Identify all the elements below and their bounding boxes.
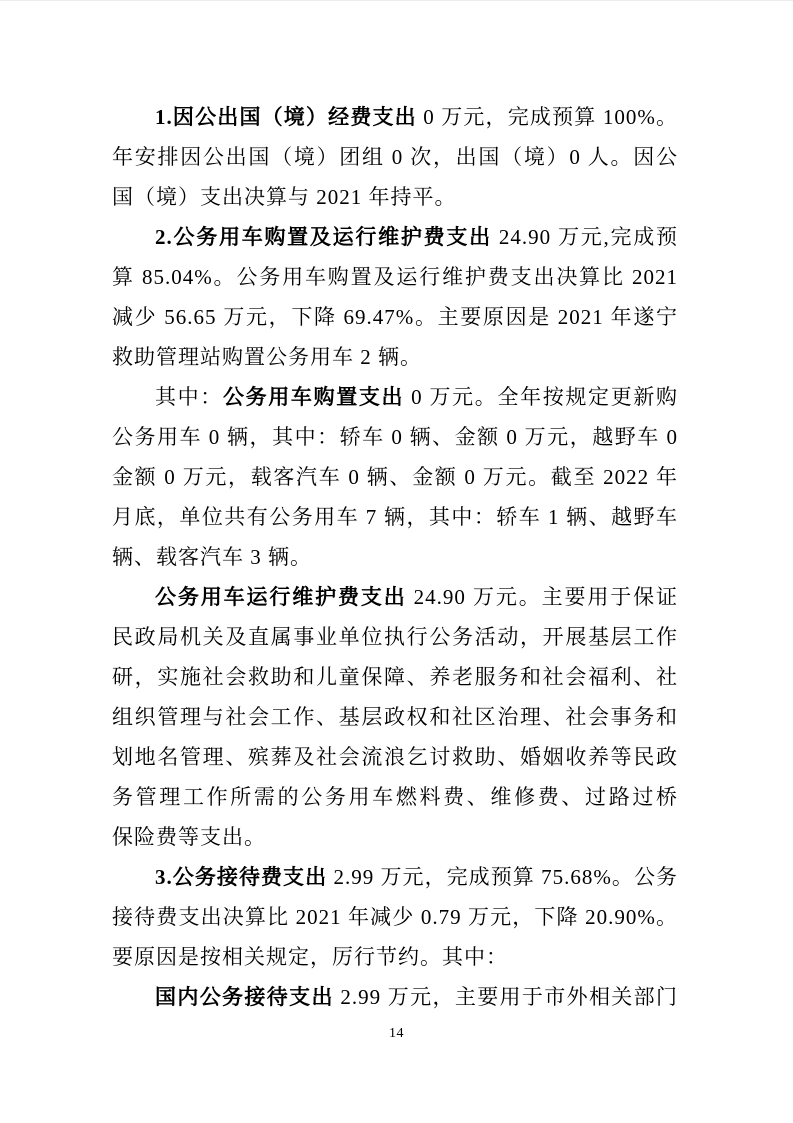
bold-text-segment: 公务用车运行维护费支出 bbox=[155, 585, 407, 609]
paragraph-3-line-4: 月底，单位共有公务用车 7 辆，其中：轿车 1 辆、越野车 3 bbox=[112, 497, 678, 537]
text-segment: 算 85.04%。公务用车购置及运行维护费支出决算比 2021 年 bbox=[112, 265, 678, 297]
bold-text-segment: 公务用车购置支出 bbox=[223, 385, 404, 409]
paragraph-3-line-2: 公务用车 0 辆，其中：轿车 0 辆、金额 0 万元，越野车 0 辆、 bbox=[112, 417, 678, 457]
paragraph-2-line-4: 救助管理站购置公务用车 2 辆。 bbox=[112, 337, 678, 377]
paragraph-4-line-5: 划地名管理、殡葬及社会流浪乞讨救助、婚姻收养等民政事 bbox=[112, 737, 678, 777]
bold-text-segment: 3.公务接待费支出 bbox=[155, 865, 327, 889]
paragraph-4-line-6: 务管理工作所需的公务用车燃料费、维修费、过路过桥费、 bbox=[112, 777, 678, 817]
text-segment: 其中： bbox=[155, 385, 223, 409]
text-segment: 组织管理与社会工作、基层政权和社区治理、社会事务和区 bbox=[112, 705, 678, 737]
paragraph-4-line-1: 公务用车运行维护费支出 24.90 万元。主要用于保证市 bbox=[112, 577, 678, 617]
text-segment: 减少 56.65 万元，下降 69.47%。主要原因是 2021 年遂宁市 bbox=[112, 305, 678, 337]
text-segment: 民政局机关及直属事业单位执行公务活动，开展基层工作调 bbox=[112, 625, 678, 657]
paragraph-6-line-1: 国内公务接待支出 2.99 万元，主要用于市外相关部门 bbox=[112, 977, 678, 1017]
paragraph-2-line-1: 2.公务用车购置及运行维护费支出 24.90 万元,完成预 bbox=[112, 217, 678, 257]
paragraph-1-line-3: 国（境）支出决算与 2021 年持平。 bbox=[112, 177, 678, 217]
text-segment: 保险费等支出。 bbox=[112, 825, 266, 849]
page-number: 14 bbox=[389, 1026, 404, 1041]
paragraph-4-line-7: 保险费等支出。 bbox=[112, 817, 678, 857]
paragraph-2-line-3: 减少 56.65 万元，下降 69.47%。主要原因是 2021 年遂宁市 bbox=[112, 297, 678, 337]
bold-text-segment: 国内公务接待支出 bbox=[155, 985, 334, 1009]
paragraph-4-line-4: 组织管理与社会工作、基层政权和社区治理、社会事务和区 bbox=[112, 697, 678, 737]
text-segment: 月底，单位共有公务用车 7 辆，其中：轿车 1 辆、越野车 3 bbox=[112, 505, 678, 537]
paragraph-3-line-1: 其中：公务用车购置支出 0 万元。全年按规定更新购置 bbox=[112, 377, 678, 417]
paragraph-3-line-3: 金额 0 万元，载客汽车 0 辆、金额 0 万元。截至 2022 年 12 bbox=[112, 457, 678, 497]
bold-text-segment: 1.因公出国（境）经费支出 bbox=[155, 105, 417, 129]
document-body: 1.因公出国（境）经费支出 0 万元，完成预算 100%。全年安排因公出国（境）… bbox=[112, 97, 678, 1017]
paragraph-4-line-2: 民政局机关及直属事业单位执行公务活动，开展基层工作调 bbox=[112, 617, 678, 657]
text-segment: 救助管理站购置公务用车 2 辆。 bbox=[112, 345, 422, 369]
paragraph-5-line-3: 要原因是按相关规定，厉行节约。其中： bbox=[112, 937, 678, 977]
text-segment: 年安排因公出国（境）团组 0 次，出国（境）0 人。因公出 bbox=[112, 145, 678, 177]
paragraph-1-line-2: 年安排因公出国（境）团组 0 次，出国（境）0 人。因公出 bbox=[112, 137, 678, 177]
text-segment: 辆、载客汽车 3 辆。 bbox=[112, 545, 312, 569]
text-segment: 2.99 万元，主要用于市外相关部门 bbox=[334, 985, 678, 1009]
paragraph-1-line-1: 1.因公出国（境）经费支出 0 万元，完成预算 100%。全 bbox=[112, 97, 678, 137]
bold-text-segment: 2.公务用车购置及运行维护费支出 bbox=[155, 225, 492, 249]
document-page: 1.因公出国（境）经费支出 0 万元，完成预算 100%。全年安排因公出国（境）… bbox=[0, 0, 793, 1123]
text-segment: 要原因是按相关规定，厉行节约。其中： bbox=[112, 945, 508, 969]
paragraph-3-line-5: 辆、载客汽车 3 辆。 bbox=[112, 537, 678, 577]
text-segment: 公务用车 0 辆，其中：轿车 0 辆、金额 0 万元，越野车 0 辆、 bbox=[112, 425, 678, 457]
text-segment: 划地名管理、殡葬及社会流浪乞讨救助、婚姻收养等民政事 bbox=[112, 745, 678, 777]
text-segment: 2.99 万元，完成预算 75.68%。公务 bbox=[327, 865, 678, 889]
text-segment: 研，实施社会救助和儿童保障、养老服务和社会福利、社会 bbox=[112, 665, 678, 697]
paragraph-5-line-1: 3.公务接待费支出 2.99 万元，完成预算 75.68%。公务 bbox=[112, 857, 678, 897]
paragraph-2-line-2: 算 85.04%。公务用车购置及运行维护费支出决算比 2021 年 bbox=[112, 257, 678, 297]
paragraph-4-line-3: 研，实施社会救助和儿童保障、养老服务和社会福利、社会 bbox=[112, 657, 678, 697]
paragraph-5-line-2: 接待费支出决算比 2021 年减少 0.79 万元，下降 20.90%。主 bbox=[112, 897, 678, 937]
text-segment: 接待费支出决算比 2021 年减少 0.79 万元，下降 20.90%。主 bbox=[112, 905, 678, 937]
text-segment: 24.90 万元,完成预 bbox=[492, 225, 678, 249]
page-footer: 14 bbox=[0, 1023, 793, 1045]
text-segment: 国（境）支出决算与 2021 年持平。 bbox=[112, 185, 457, 209]
text-segment: 务管理工作所需的公务用车燃料费、维修费、过路过桥费、 bbox=[112, 785, 678, 817]
text-segment: 金额 0 万元，载客汽车 0 辆、金额 0 万元。截至 2022 年 12 bbox=[112, 465, 678, 497]
